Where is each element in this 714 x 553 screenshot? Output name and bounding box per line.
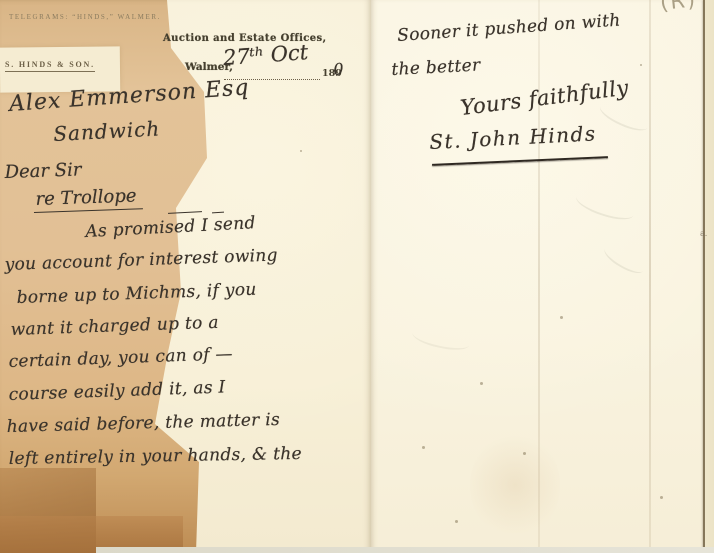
telegrams-line: TELEGRAMS: “HINDS,” WALMER. (9, 13, 161, 21)
dust-speck (523, 452, 526, 455)
salutation: Dear Sir (4, 159, 82, 183)
paper-stain (470, 430, 560, 540)
margin-speck: a. (700, 229, 707, 238)
subject-line: re Trollope (33, 185, 143, 213)
dust-speck (560, 316, 563, 319)
scanner-edge-strip (96, 547, 714, 553)
dust-speck (660, 496, 663, 499)
scanned-letter: TELEGRAMS: “HINDS,” WALMER. S. HINDS & S… (0, 0, 714, 553)
dust-speck (422, 446, 425, 449)
firm-name: S. HINDS & SON. (5, 60, 95, 72)
dust-speck (300, 150, 302, 152)
scanner-edge-strip (705, 0, 714, 553)
dust-speck (480, 382, 483, 385)
dust-speck (640, 64, 642, 66)
fold-crease (649, 0, 651, 553)
dust-speck (455, 520, 458, 523)
year-digit-handwritten: 0 (333, 59, 344, 79)
